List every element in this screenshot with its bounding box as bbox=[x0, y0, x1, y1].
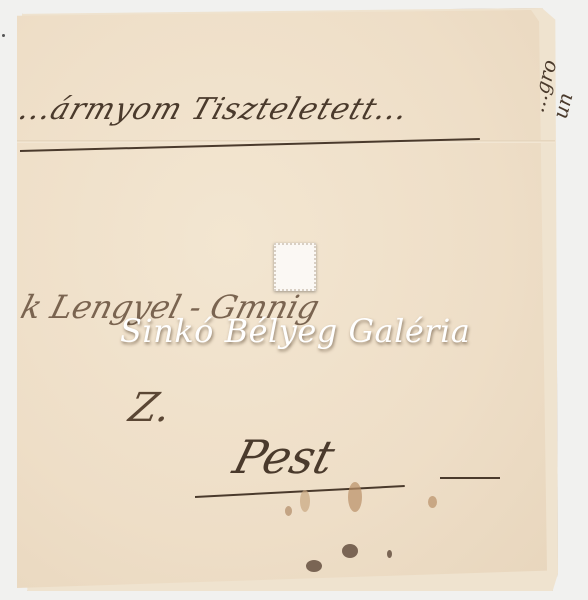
scan-speck bbox=[2, 34, 5, 37]
ink-stain bbox=[428, 496, 437, 508]
ink-stain bbox=[285, 506, 292, 516]
handwriting-line-1: ...ármyom Tiszteletett... bbox=[14, 92, 413, 127]
ink-stain bbox=[348, 482, 362, 512]
ink-blot bbox=[342, 544, 358, 558]
watermark-text: Sinkó Bélyeg Galéria bbox=[120, 312, 470, 350]
postage-stamp-icon bbox=[274, 243, 316, 291]
ink-blot bbox=[306, 560, 322, 572]
handwriting-line-4: Pest bbox=[228, 430, 341, 484]
underline-pest-tail bbox=[440, 477, 500, 479]
ink-blot bbox=[387, 550, 392, 558]
ink-stain bbox=[300, 490, 310, 512]
